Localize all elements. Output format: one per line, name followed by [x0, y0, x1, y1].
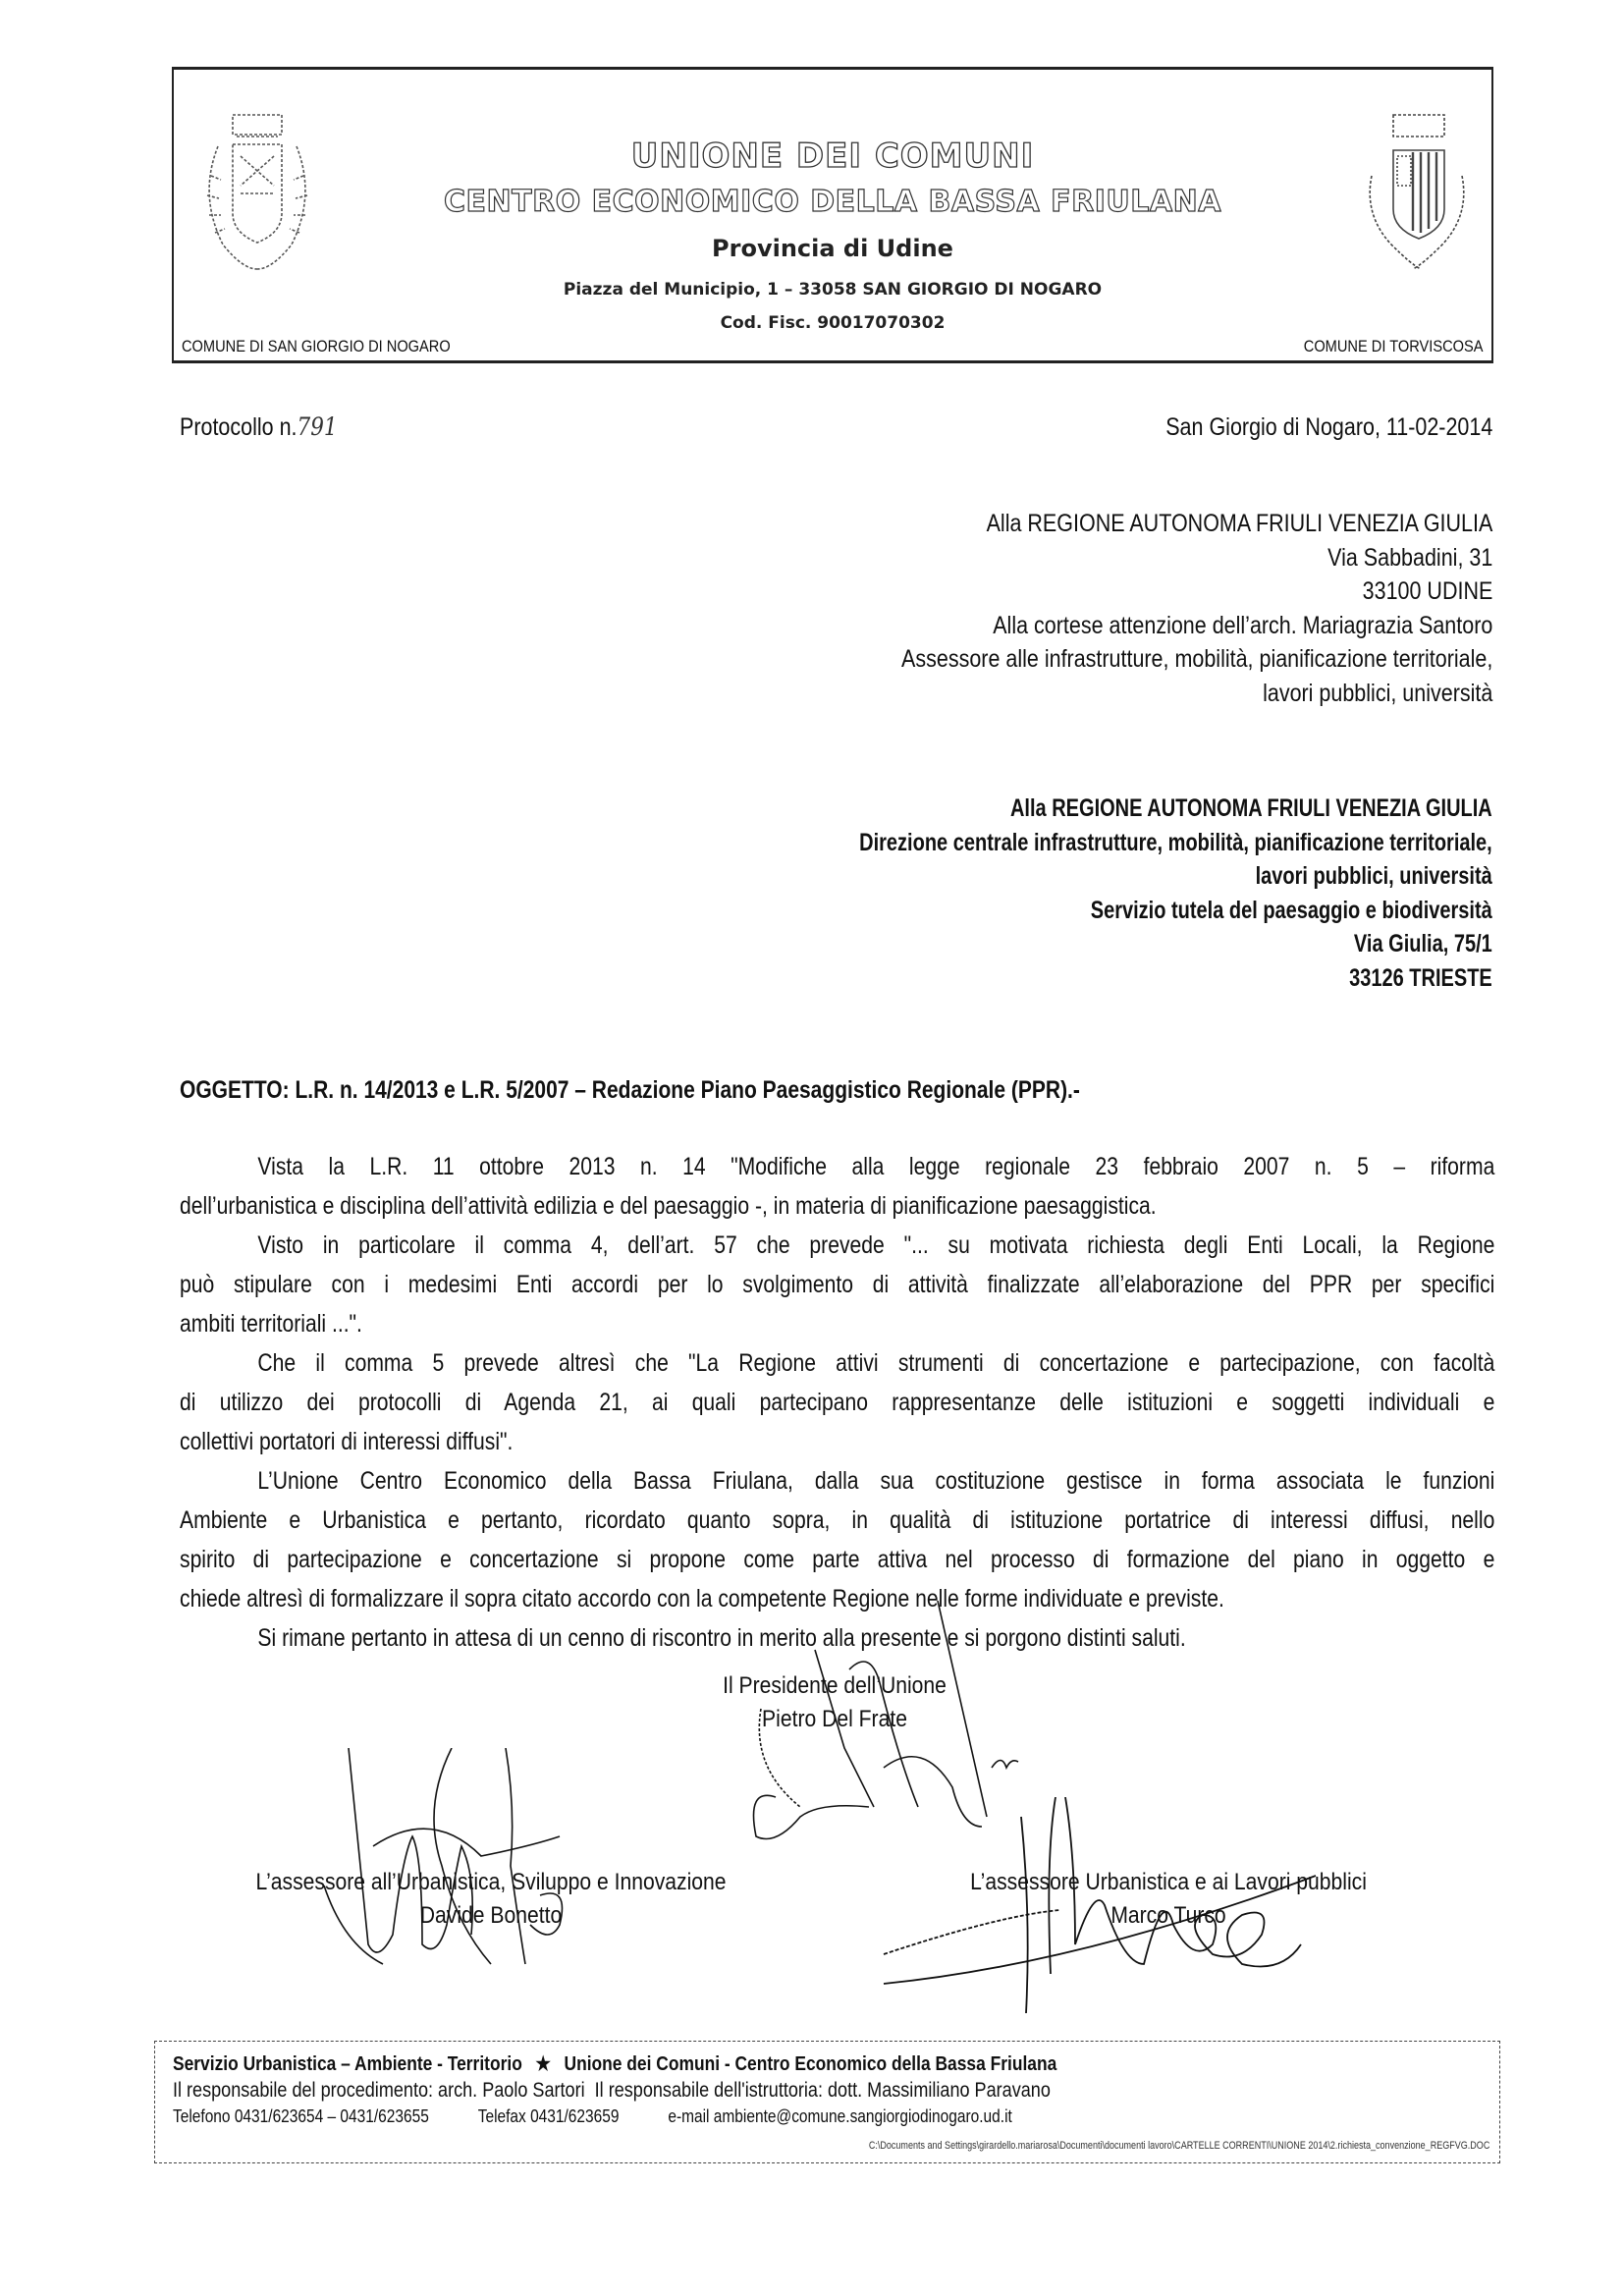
paragraph: Si rimane pertanto in attesa di un cenno…: [180, 1618, 1495, 1658]
footer-responsibles: Il responsabile del procedimento: arch. …: [173, 2079, 1051, 2103]
coat-of-arms-right-icon: [1352, 107, 1480, 274]
body-line: chiede altresì di formalizzare il sopra …: [180, 1579, 1494, 1618]
footer: Servizio Urbanistica – Ambiente - Territ…: [154, 2041, 1500, 2163]
recipient-line: lavori pubblici, università: [901, 677, 1492, 711]
protocol-number-handwritten: 791: [298, 412, 338, 441]
recipient-line: 33126 TRIESTE: [859, 961, 1492, 996]
signature-president: Il Presidente dell’Unione Pietro Del Fra…: [638, 1669, 1031, 1736]
subject-line: OGGETTO: L.R. n. 14/2013 e L.R. 5/2007 –…: [180, 1076, 1080, 1105]
organization-address: Piazza del Municipio, 1 – 33058 SAN GIOR…: [174, 280, 1491, 300]
footer-responsible-procedure: Il responsabile del procedimento: arch. …: [173, 2079, 585, 2102]
signature-scribble-left-icon: [314, 1748, 628, 1974]
body-line: L’Unione Centro Economico della Bassa Fr…: [180, 1461, 1494, 1501]
footer-fax: Telefax 0431/623659: [478, 2106, 620, 2126]
signatory-name: Pietro Del Frate: [662, 1703, 1007, 1736]
signature-right-assessor: L’assessore Urbanistica e ai Lavori pubb…: [903, 1866, 1434, 1933]
signatory-role: L’assessore all’Urbanistica, Sviluppo e …: [228, 1866, 755, 1899]
footer-file-path: C:\Documents and Settings\girardello.mar…: [868, 2140, 1489, 2152]
footer-service-line: Servizio Urbanistica – Ambiente - Territ…: [173, 2051, 1056, 2076]
place-date: San Giorgio di Nogaro, 11-02-2014: [1165, 412, 1492, 442]
organization-subtitle: CENTRO ECONOMICO DELLA BASSA FRIULANA: [174, 185, 1491, 219]
star-icon: ★: [535, 2053, 551, 2075]
body-line: Visto in particolare il comma 4, dell’ar…: [180, 1226, 1494, 1265]
signature-left-assessor: L’assessore all’Urbanistica, Sviluppo e …: [191, 1866, 790, 1933]
footer-phone: Telefono 0431/623654 – 0431/623655: [173, 2106, 429, 2126]
recipient-line: Direzione centrale infrastrutture, mobil…: [859, 826, 1492, 860]
paragraph: L’Unione Centro Economico della Bassa Fr…: [180, 1461, 1495, 1618]
body-line: Che il comma 5 prevede altresì che "La R…: [180, 1343, 1494, 1383]
protocol-line: Protocollo n.791: [180, 412, 338, 442]
protocol-label: Protocollo n.: [180, 413, 298, 441]
recipient-line: Alla cortese attenzione dell’arch. Maria…: [901, 609, 1492, 643]
recipient-line: Alla REGIONE AUTONOMA FRIULI VENEZIA GIU…: [859, 792, 1492, 826]
recipient-line: Alla REGIONE AUTONOMA FRIULI VENEZIA GIU…: [901, 507, 1492, 541]
recipient-line: 33100 UDINE: [901, 574, 1492, 609]
signatory-role: L’assessore Urbanistica e ai Lavori pubb…: [935, 1866, 1401, 1899]
body-line: ambiti territoriali ...".: [180, 1304, 1494, 1343]
recipient-line: Via Sabbadini, 31: [901, 541, 1492, 575]
recipient-line: Assessore alle infrastrutture, mobilità,…: [901, 642, 1492, 677]
tax-code: Cod. Fisc. 90017070302: [174, 313, 1491, 333]
signatory-role: Il Presidente dell’Unione: [662, 1669, 1007, 1703]
body-line: di utilizzo dei protocolli di Agenda 21,…: [180, 1383, 1494, 1422]
recipient-line: lavori pubblici, università: [859, 859, 1492, 894]
letter-body: Vista la L.R. 11 ottobre 2013 n. 14 "Mod…: [180, 1147, 1495, 1658]
footer-service-left: Servizio Urbanistica – Ambiente - Territ…: [173, 2053, 522, 2075]
body-line: Si rimane pertanto in attesa di un cenno…: [180, 1618, 1494, 1658]
footer-email[interactable]: e-mail ambiente@comune.sangiorgiodinogar…: [668, 2106, 1011, 2126]
body-line: può stipulare con i medesimi Enti accord…: [180, 1265, 1494, 1304]
signatory-name: Davide Bonetto: [228, 1899, 755, 1933]
body-line: Ambiente e Urbanistica e pertanto, ricor…: [180, 1501, 1494, 1540]
body-line: dell’urbanistica e disciplina dell’attiv…: [180, 1186, 1494, 1226]
paragraph: Visto in particolare il comma 4, dell’ar…: [180, 1226, 1495, 1343]
signatory-name: Marco Turco: [935, 1899, 1401, 1933]
left-comune-label: COMUNE DI SAN GIORGIO DI NOGARO: [182, 337, 451, 356]
recipient-line: Via Giulia, 75/1: [859, 927, 1492, 961]
letterhead: UNIONE DEI COMUNI CENTRO ECONOMICO DELLA…: [172, 67, 1493, 363]
footer-responsible-instruction: Il responsabile dell'istruttoria: dott. …: [595, 2079, 1051, 2102]
body-line: spirito di partecipazione e concertazion…: [180, 1540, 1494, 1579]
paragraph: Che il comma 5 prevede altresì che "La R…: [180, 1343, 1495, 1461]
footer-contacts: Telefono 0431/623654 – 0431/623655Telefa…: [173, 2106, 1061, 2127]
body-line: Vista la L.R. 11 ottobre 2013 n. 14 "Mod…: [180, 1147, 1494, 1186]
recipient-block-2: Alla REGIONE AUTONOMA FRIULI VENEZIA GIU…: [701, 792, 1492, 995]
footer-service-right: Unione dei Comuni - Centro Economico del…: [565, 2053, 1057, 2075]
body-line: collettivi portatori di interessi diffus…: [180, 1422, 1494, 1461]
paragraph: Vista la L.R. 11 ottobre 2013 n. 14 "Mod…: [180, 1147, 1495, 1226]
organization-title: UNIONE DEI COMUNI: [174, 137, 1491, 176]
recipient-block-1: Alla REGIONE AUTONOMA FRIULI VENEZIA GIU…: [805, 507, 1492, 710]
recipient-line: Servizio tutela del paesaggio e biodiver…: [859, 894, 1492, 928]
right-comune-label: COMUNE DI TORVISCOSA: [1304, 337, 1484, 356]
province: Provincia di Udine: [174, 235, 1491, 262]
